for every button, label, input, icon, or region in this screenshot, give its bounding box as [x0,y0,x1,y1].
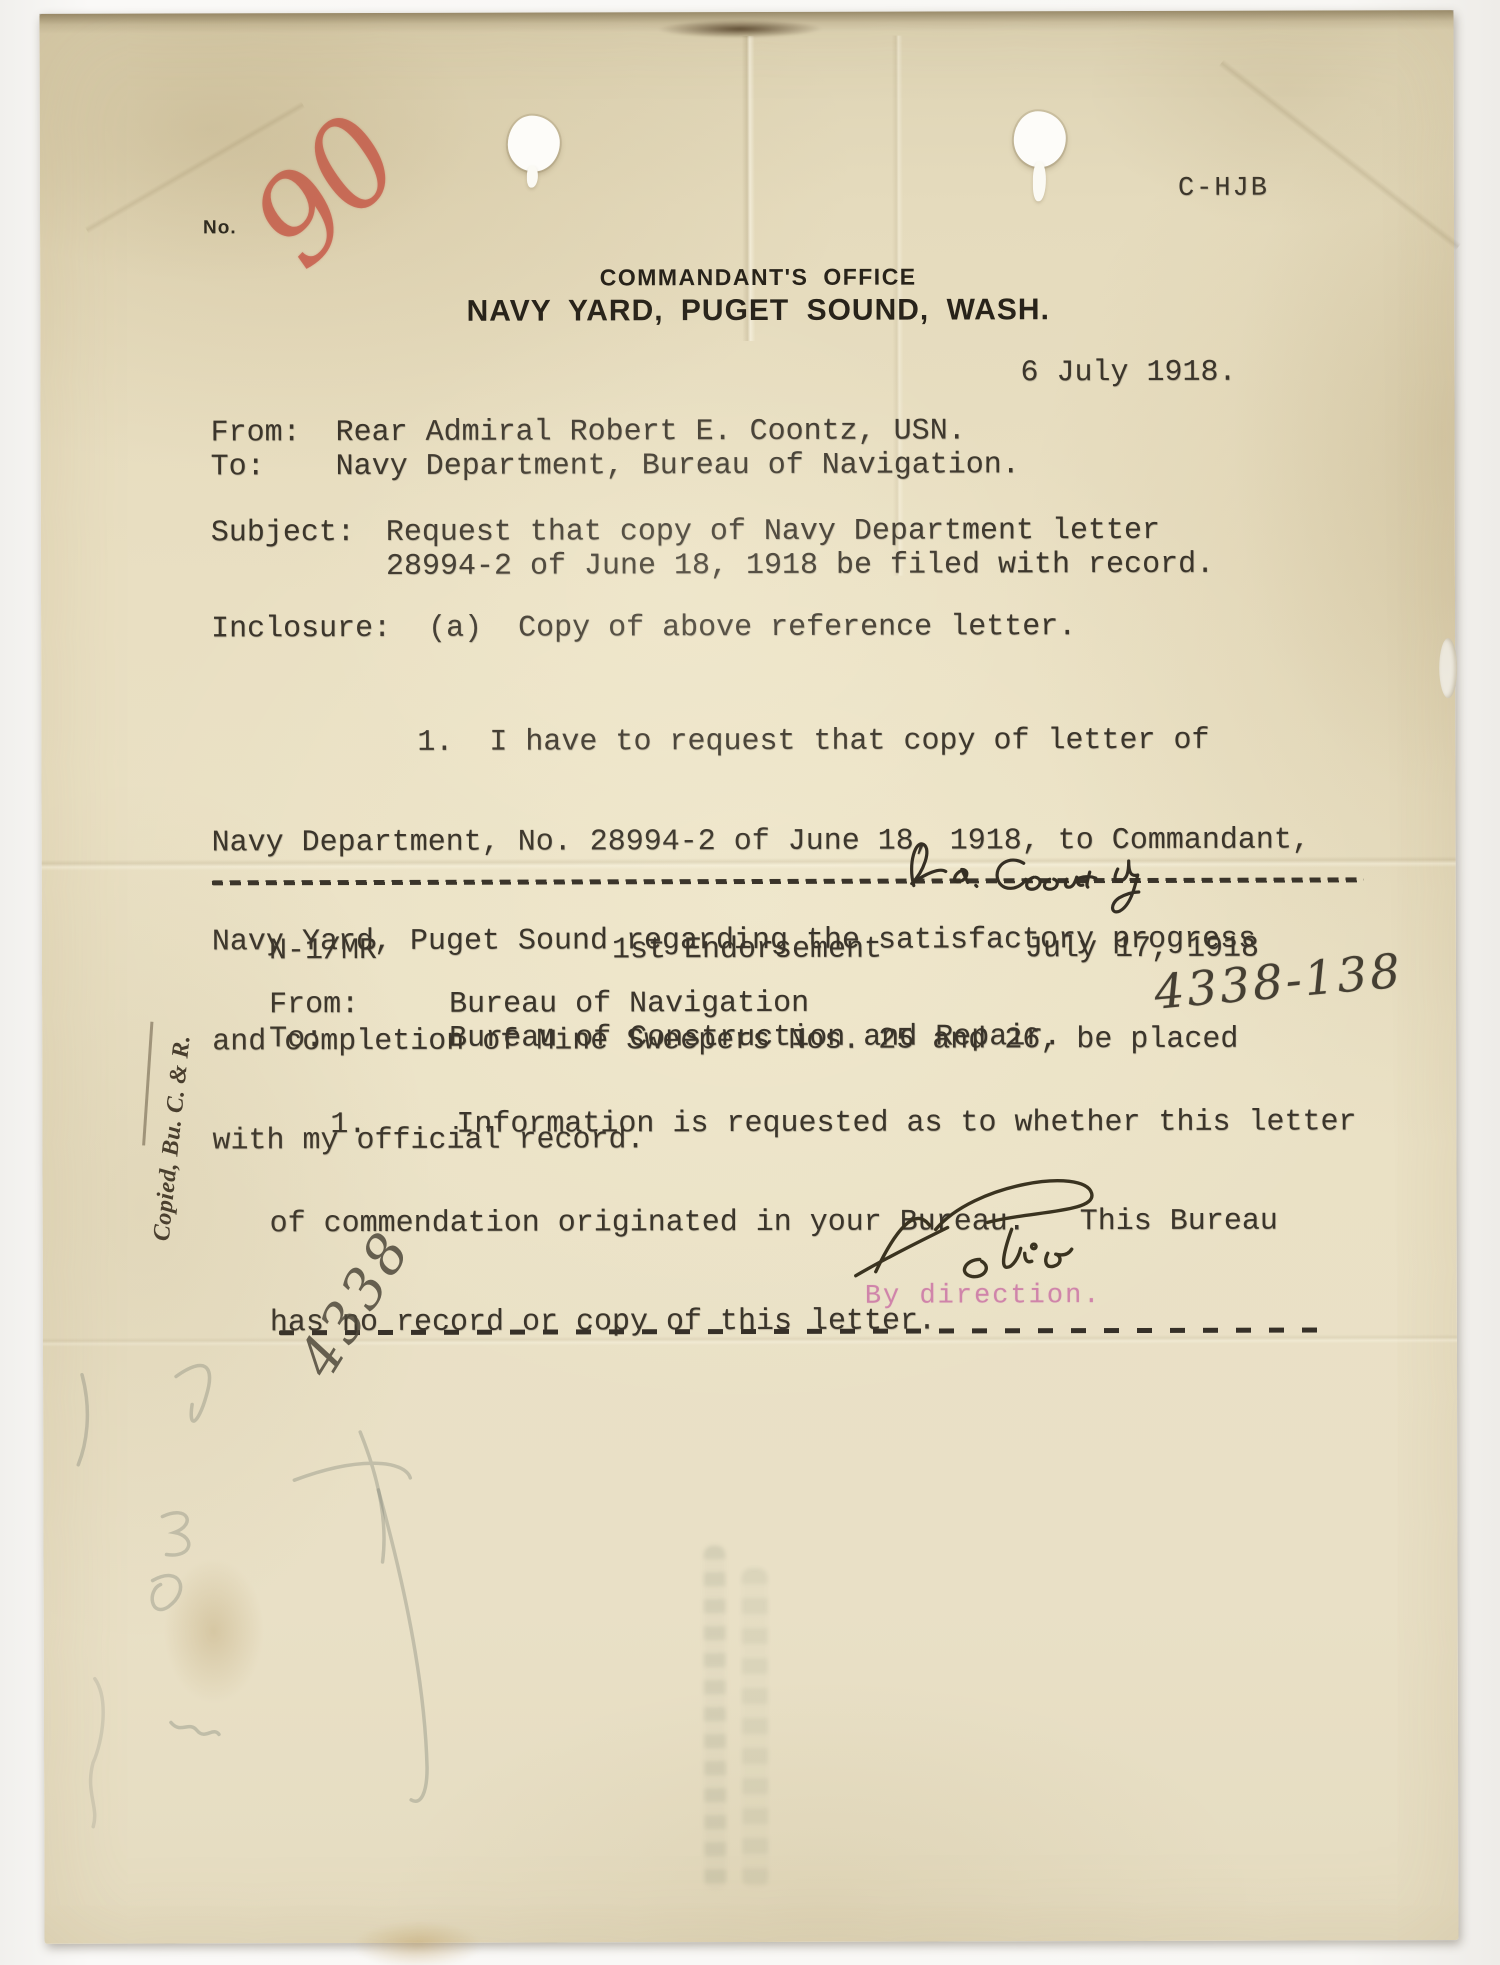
subject-label: Subject: [211,517,355,550]
to-label: To: [211,451,265,484]
signature1-name: R. E. Coontz [39,14,40,15]
scan-background: C-HJB No. 90 COMMANDANT'S OFFICE NAVY YA… [0,0,1500,1965]
coontz-signature [900,819,1190,945]
signature2-name: H. Ekis [39,14,40,15]
endorsement-file-ref: N-1/MR [269,935,377,968]
letterhead-office: COMMANDANT'S OFFICE [458,263,1058,292]
document-page: C-HJB No. 90 COMMANDANT'S OFFICE NAVY YA… [39,10,1458,1944]
endorsement-to-value: Bureau of Construction and Repair. [449,1021,1061,1056]
stray-ink-line [142,1022,153,1146]
ekis-signature [775,1167,1120,1308]
endorsement-body-line: Information is requested as to whether t… [456,1106,1356,1141]
paper-stain [352,1921,482,1965]
faint-pencil-scribbles [58,1348,499,1839]
body-line: 1. I have to request that copy of letter… [211,725,1309,761]
inclosure-label: Inclosure: [211,613,391,646]
endorsement-paragraph-number: 1. [330,1109,366,1142]
endorsement-title: 1st Endorsement [612,934,882,968]
fold-crease [1219,59,1461,250]
copied-bureau-stamp: Copied, Bu. C. & R. [149,1034,197,1243]
from-value: Rear Admiral Robert E. Coontz, USN. [336,415,966,450]
top-edge-smudge [657,20,822,38]
endorsement-to-label: To: [269,1023,323,1056]
endorsement-body-line: has no record or copy of this letter. [270,1305,1278,1341]
punch-hole [1014,111,1066,167]
endorsement-body-line: of commendation originated in your Burea… [270,1206,1278,1242]
subject-line-2: 28994-2 of June 18, 1918 be filed with r… [386,549,1214,584]
bleedthrough-mark [703,1545,726,1890]
to-value: Navy Department, Bureau of Navigation. [336,449,1020,484]
letter-date: 6 July 1918. [1020,357,1236,391]
file-reference-code: C-HJB [1178,175,1269,205]
subject-line-1: Request that copy of Navy Department let… [386,515,1160,550]
punch-hole [508,115,560,171]
endorsement-from-label: From: [269,989,359,1022]
edge-tear [1439,638,1457,698]
handwritten-red-number: 90 [233,99,420,286]
letterhead-navy-yard: NAVY YARD, PUGET SOUND, WASH. [378,293,1138,329]
endorsement-from-value: Bureau of Navigation [449,988,809,1022]
bleedthrough-mark [742,1568,769,1888]
from-label: From: [211,417,301,450]
inclosure-value: (a) Copy of above reference letter. [428,611,1076,646]
number-label: No. [203,217,237,239]
